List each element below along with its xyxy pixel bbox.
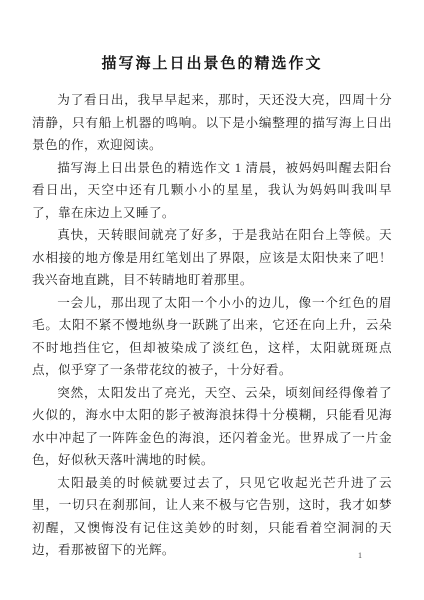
essay-body: 为了看日出，我早早起来，那时，天还没大亮，四周十分清静，只有船上机器的鸣响。以下… xyxy=(32,89,392,562)
essay-paragraph: 描写海上日出景色的精选作文 1 清晨，被妈妈叫醒去阳台看日出，天空中还有几颗小小… xyxy=(32,157,392,225)
essay-paragraph: 为了看日出，我早早起来，那时，天还没大亮，四周十分清静，只有船上机器的鸣响。以下… xyxy=(32,89,392,157)
essay-paragraph: 突然，太阳发出了亮光，天空、云朵，顷刻间经得像着了火似的，海水中太阳的影子被海浪… xyxy=(32,382,392,472)
essay-paragraph: 真快，天转眼间就亮了好多，于是我站在阳台上等候。天水相接的地方像是用红笔划出了界… xyxy=(32,224,392,292)
page-number: 1 xyxy=(358,551,362,560)
essay-paragraph: 太阳最美的时候就要过去了，只见它收起光芒升进了云里，一切只在刹那间，让人来不极与… xyxy=(32,472,392,562)
essay-paragraph: 一会儿，那出现了太阳一个小小的边儿，像一个红色的眉毛。太阳不紧不慢地纵身一跃跳了… xyxy=(32,292,392,382)
essay-title: 描写海上日出景色的精选作文 xyxy=(0,0,424,73)
document-page: 描写海上日出景色的精选作文 为了看日出，我早早起来，那时，天还没大亮，四周十分清… xyxy=(0,0,424,600)
